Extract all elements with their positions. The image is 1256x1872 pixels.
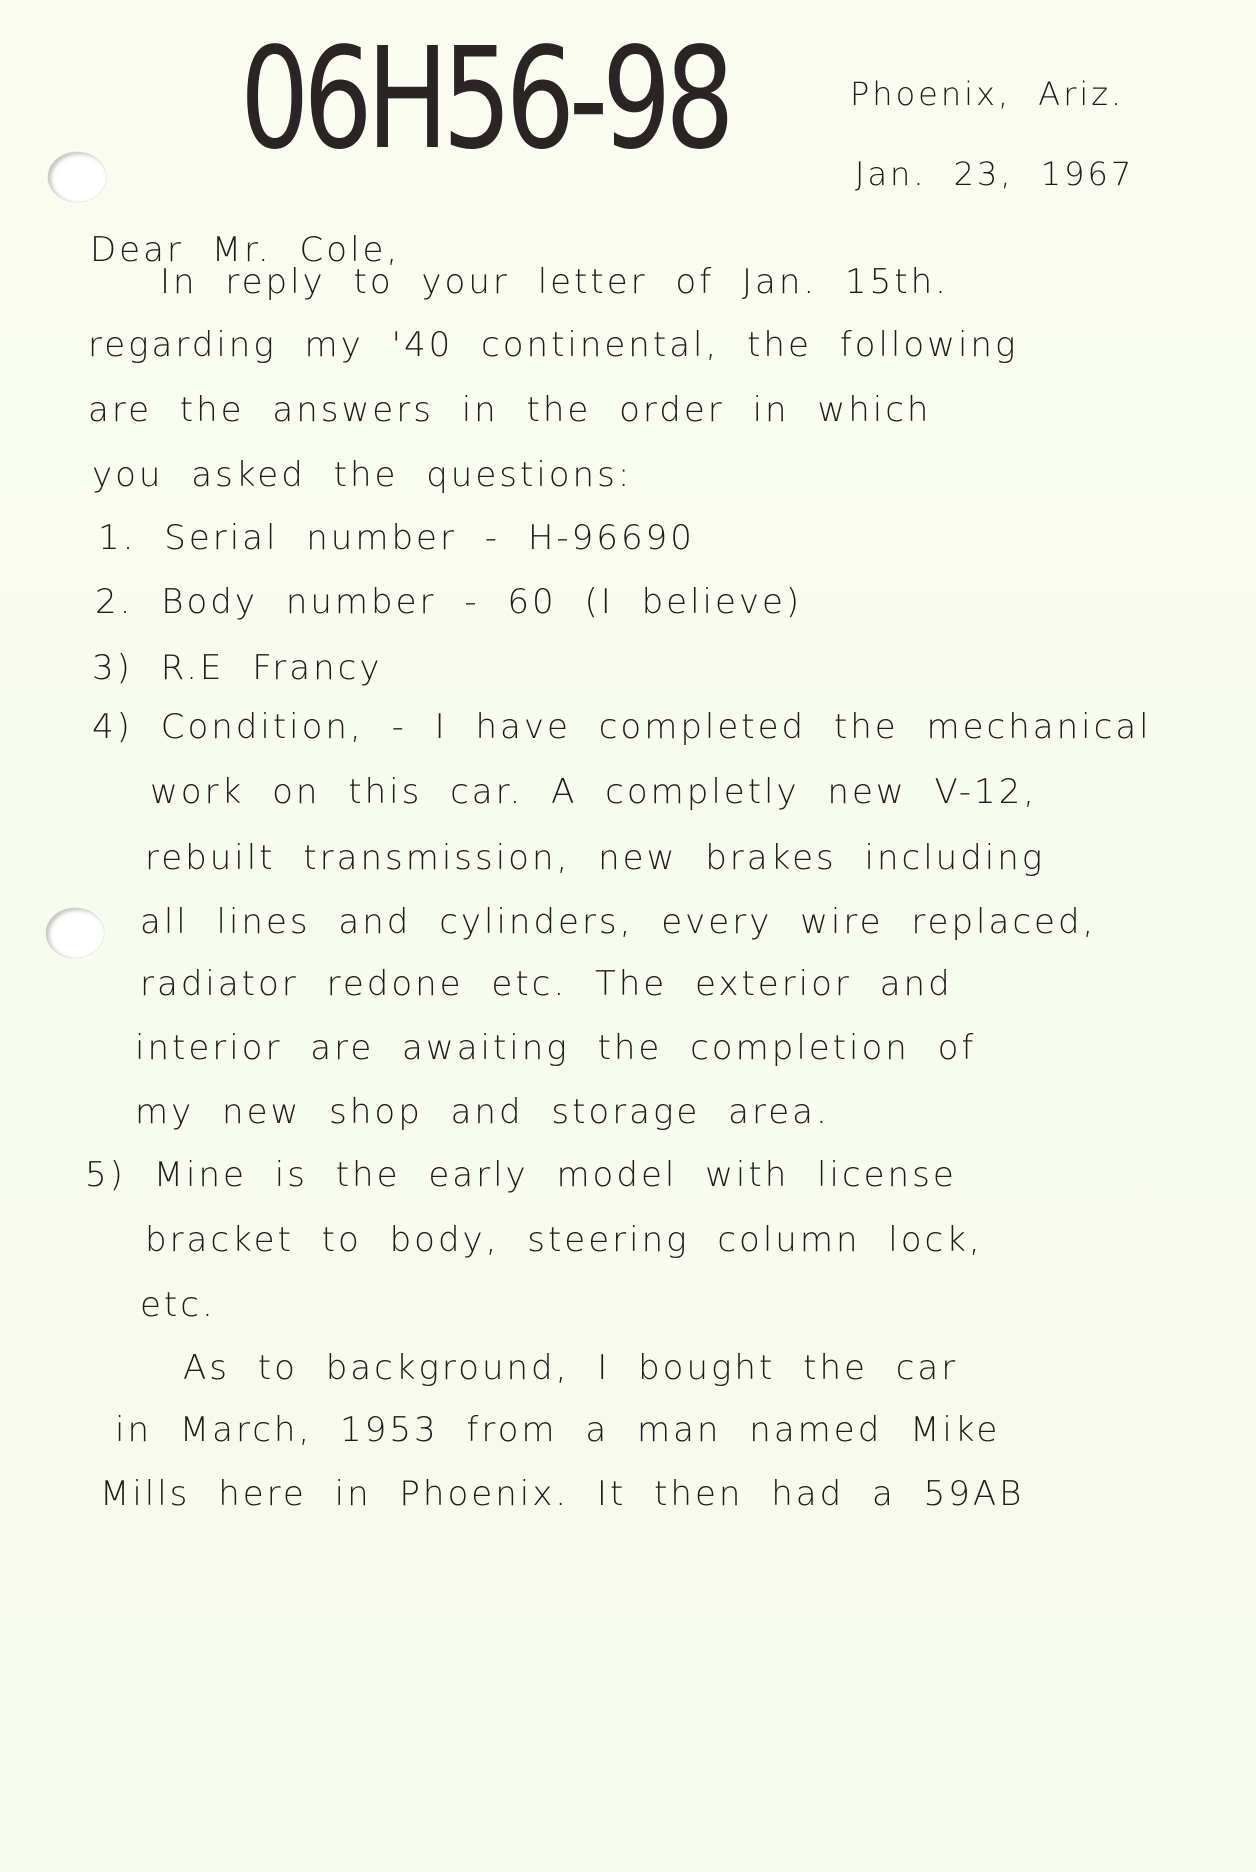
body-line: As to background, I bought the car [183, 1348, 958, 1388]
body-line: regarding my '40 continental, the follow… [88, 325, 1018, 365]
body-line: bracket to body, steering column lock, [145, 1220, 983, 1260]
body-line: etc. [140, 1285, 216, 1325]
letter-page: 06H56-98 Phoenix, Ariz. Jan. 23, 1967 De… [0, 0, 1256, 1872]
body-line: In reply to your letter of Jan. 15th. [160, 262, 949, 302]
body-line: you asked the questions: [92, 455, 632, 495]
answer-4-condition: 4) Condition, - I have completed the mec… [92, 707, 1152, 747]
body-line: Mills here in Phoenix. It then had a 59A… [100, 1474, 1024, 1514]
answer-5-model: 5) Mine is the early model with license [85, 1155, 957, 1195]
letter-date: Jan. 23, 1967 [855, 155, 1134, 193]
answer-3-name: 3) R.E Francy [92, 648, 382, 688]
body-line: are the answers in the order in which [88, 390, 931, 430]
answer-2-body-number: 2. Body number - 60 (I believe) [95, 582, 802, 622]
body-line: work on this car. A completly new V-12, [150, 772, 1037, 812]
body-line: all lines and cylinders, every wire repl… [140, 902, 1096, 942]
document-id-number: 06H56-98 [240, 30, 728, 170]
letter-place: Phoenix, Ariz. [850, 75, 1124, 113]
punch-hole-middle [46, 908, 104, 958]
answer-1-serial-number: 1. Serial number - H-96690 [98, 518, 695, 558]
body-line: interior are awaiting the completion of [135, 1028, 976, 1068]
punch-hole-top [48, 152, 106, 202]
body-line: my new shop and storage area. [135, 1092, 830, 1132]
body-line: rebuilt transmission, new brakes includi… [145, 838, 1045, 878]
body-line: radiator redone etc. The exterior and [140, 964, 953, 1004]
body-line: in March, 1953 from a man named Mike [115, 1410, 1000, 1450]
